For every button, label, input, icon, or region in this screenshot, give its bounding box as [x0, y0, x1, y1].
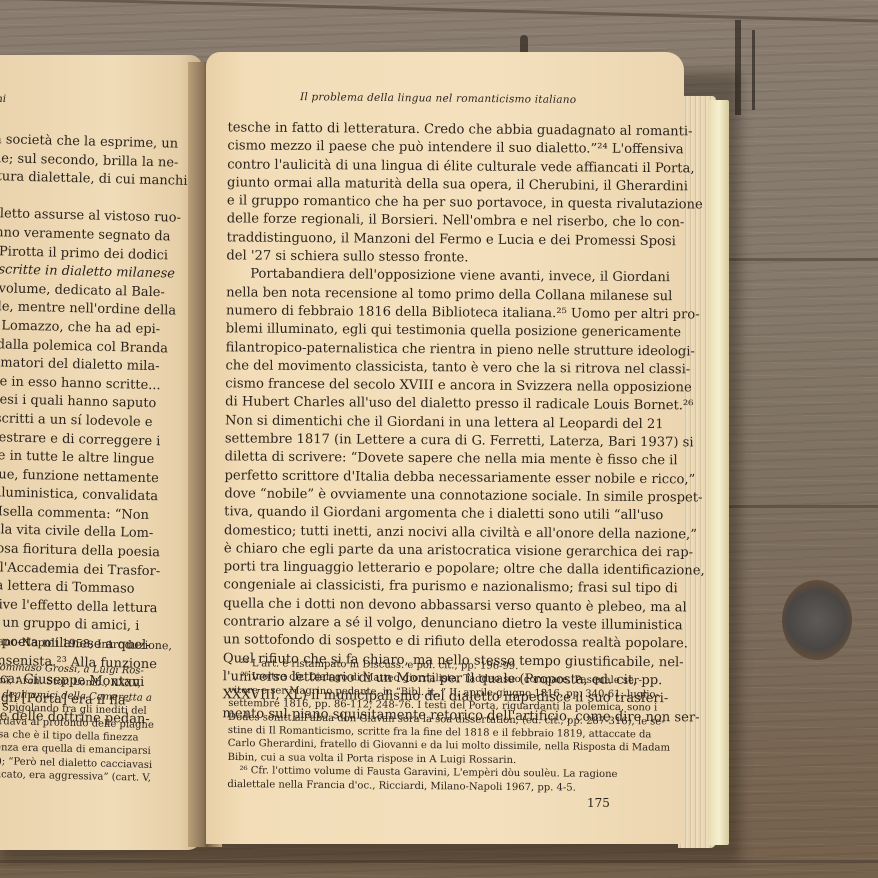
text-line: atura dialettale, di cui manchi: [0, 168, 164, 191]
paragraph: tesche in fatto di letteratura. Credo ch…: [226, 119, 613, 269]
wood-knot: [782, 580, 852, 660]
plank-seam: [720, 505, 878, 508]
right-page-body: tesche in fatto di letteratura. Credo ch…: [222, 119, 613, 726]
book-cover-edge: [709, 100, 729, 845]
right-page-footnotes: ²⁴ L'art. è ristampato in Discuss. e pol…: [227, 657, 614, 795]
plank-seam: [720, 258, 878, 261]
wood-crack: [752, 30, 755, 110]
left-running-head: ni: [0, 93, 6, 105]
page-number: 175: [587, 796, 610, 810]
left-page-footnotes: ilano-Napoli 1958; Introduzione, Tommaso…: [0, 661, 148, 785]
plank-seam: [0, 0, 878, 22]
